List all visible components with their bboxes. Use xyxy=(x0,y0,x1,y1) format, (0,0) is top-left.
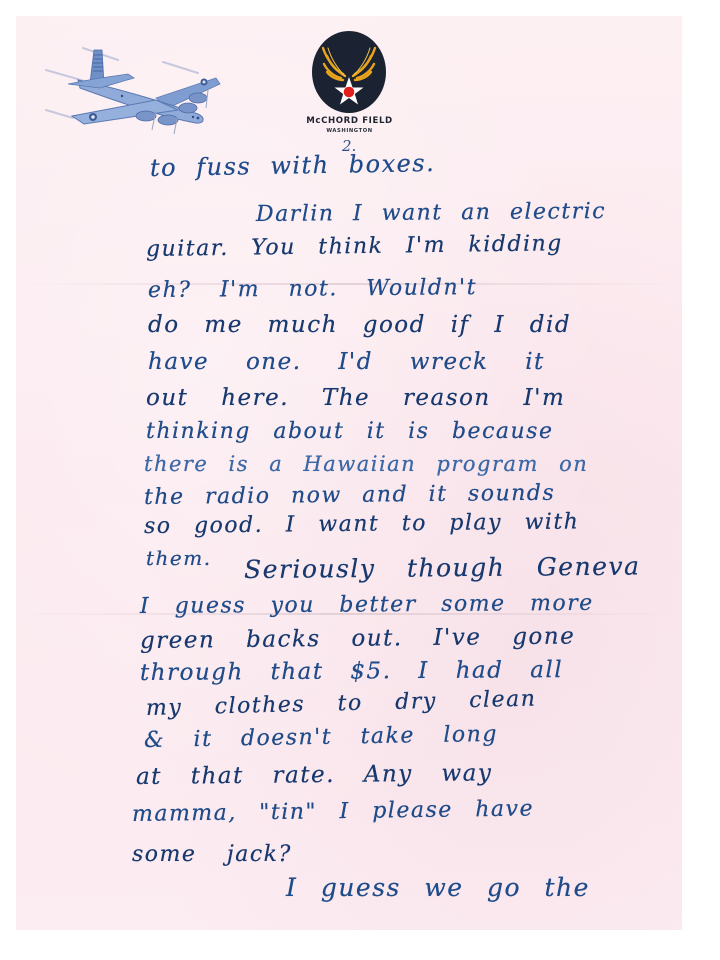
army-air-forces-insignia-icon xyxy=(311,30,387,114)
letterhead-subtitle: WASHINGTON xyxy=(272,128,427,134)
letter-line: the radio now and it sounds xyxy=(144,481,555,510)
letter-line: I guess you better some more xyxy=(140,591,594,619)
letter-line: mamma, "tin" I please have xyxy=(132,796,534,827)
letter-line: my clothes to dry clean xyxy=(146,686,537,721)
letter-line: & it doesn't take long xyxy=(144,722,498,753)
letter-line: eh? I'm not. Wouldn't xyxy=(148,275,477,303)
letter-line: them. xyxy=(146,546,212,570)
letter-line: thinking about it is because xyxy=(146,419,553,444)
letter-line: at that rate. Any way xyxy=(136,760,493,790)
letter-line: there is a Hawaiian program on xyxy=(144,452,588,476)
letter-line: through that $5. I had all xyxy=(140,657,563,686)
letterhead-title: McCHORD FIELD xyxy=(272,116,427,126)
letter-line: Darlin I want an electric xyxy=(256,199,606,227)
letter-line: Seriously though Geneva xyxy=(244,552,641,584)
letter-line: to fuss with boxes. xyxy=(150,149,436,182)
letter-line: do me much good if I did xyxy=(148,312,571,338)
letter-page: McCHORD FIELD WASHINGTON 2. to fuss with… xyxy=(16,16,682,930)
letter-line: green backs out. I've gone xyxy=(140,623,576,654)
letter-line: have one. I'd wreck it xyxy=(148,349,545,375)
letter-line: out here. The reason I'm xyxy=(146,385,565,411)
letter-line: guitar. You think I'm kidding xyxy=(146,231,563,262)
letter-line: so good. I want to play with xyxy=(144,509,580,539)
bomber-airplane-icon xyxy=(38,38,228,138)
letter-line: some jack? xyxy=(132,842,292,867)
letter-line: I guess we go the xyxy=(286,873,590,902)
